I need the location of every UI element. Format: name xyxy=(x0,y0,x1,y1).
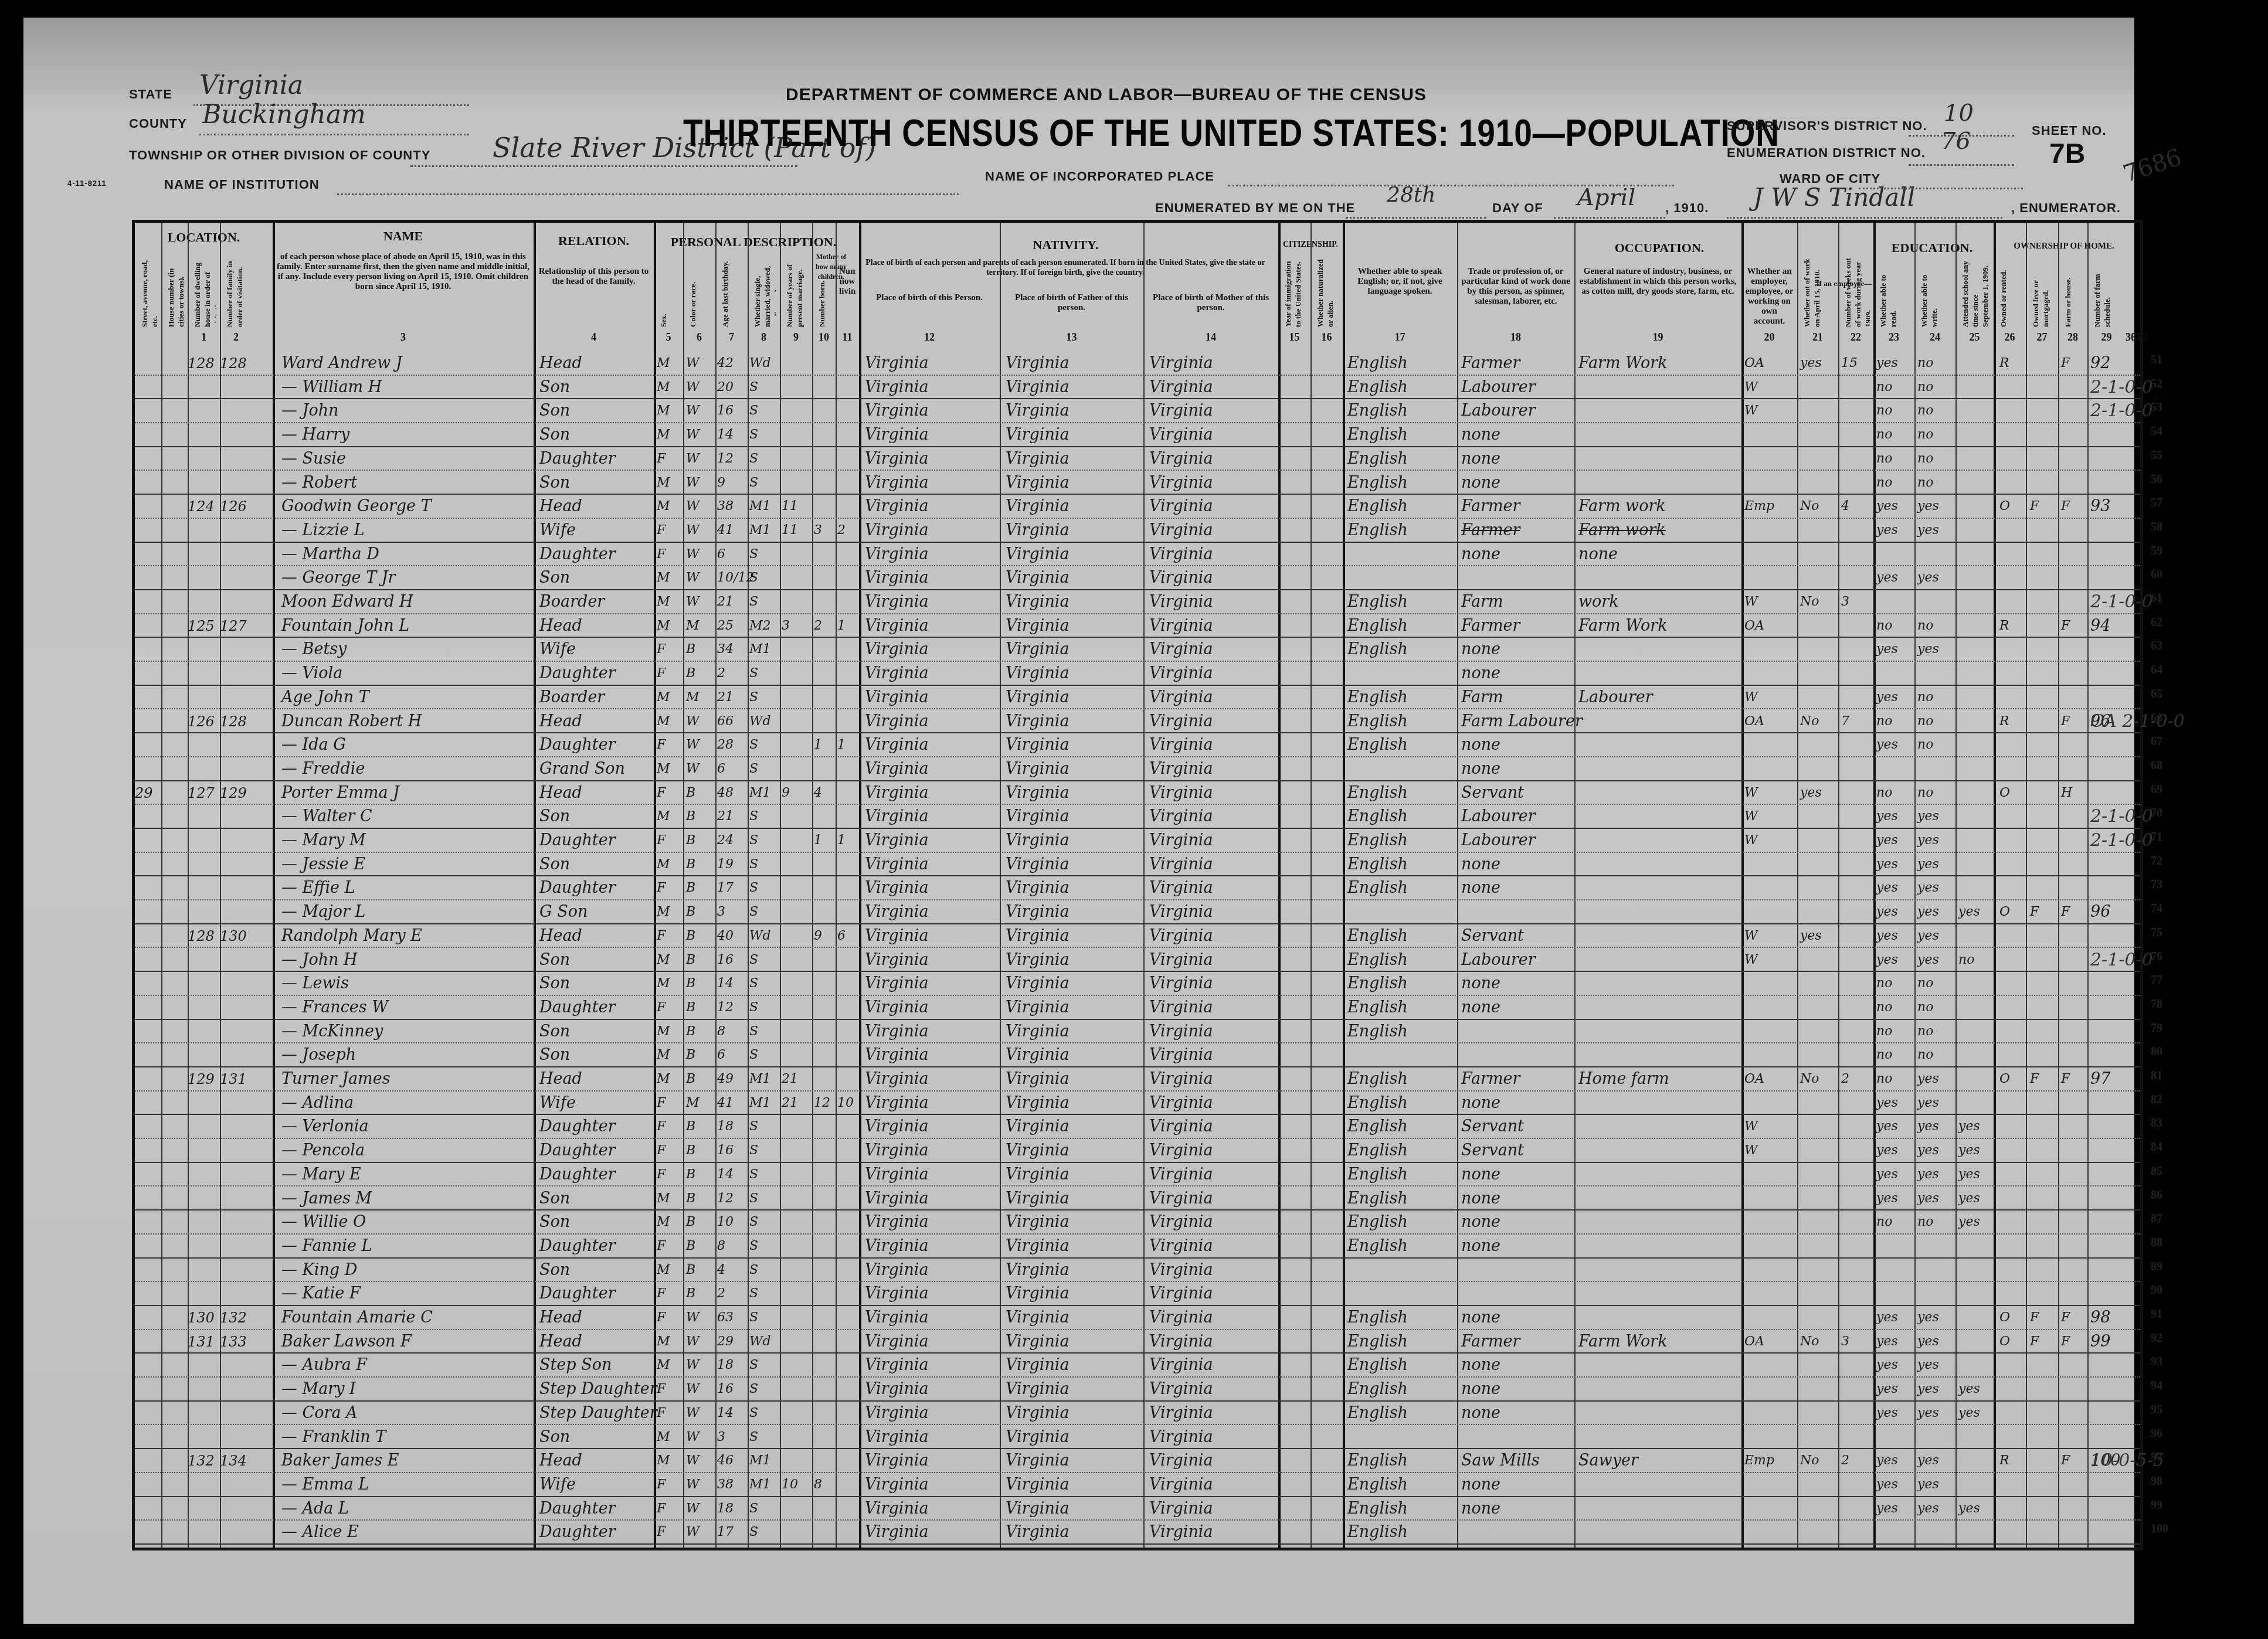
cell-rel: Daughter xyxy=(539,1233,616,1257)
cell-mpb: Virginia xyxy=(1149,732,1213,756)
cell-write: no xyxy=(1917,1019,1933,1042)
cell-mpb: Virginia xyxy=(1149,756,1213,780)
cell-ms: Wd xyxy=(749,1329,771,1352)
cell-trade: Farmer xyxy=(1461,1329,1520,1352)
cell-ms: S xyxy=(749,565,758,589)
punch-hole xyxy=(2199,317,2216,334)
table-row: — James MSonMB12SVirginiaVirginiaVirgini… xyxy=(135,1186,2140,1211)
cell-read: no xyxy=(1876,1209,1892,1233)
cell-fam: 130 xyxy=(220,923,247,947)
cell-trade: none xyxy=(1461,637,1500,660)
line-number: 74 xyxy=(2151,902,2162,916)
cell-name: Fountain Amarie C xyxy=(281,1305,433,1328)
cell-sex: M xyxy=(657,756,670,780)
cell-sched: 97 xyxy=(2090,1066,2110,1090)
cell-emp: Emp xyxy=(1744,1448,1774,1471)
cell-pb: Virginia xyxy=(865,899,929,923)
cell-mpb: Virginia xyxy=(1149,1186,1213,1209)
cell-read: yes xyxy=(1876,494,1898,517)
cell-read: no xyxy=(1876,971,1892,994)
cell-rel: Head xyxy=(539,1329,582,1352)
cell-race: W xyxy=(686,756,700,780)
enumeration-label: ENUMERATION DISTRICT NO. xyxy=(1727,145,1926,161)
cell-ms: S xyxy=(749,589,758,613)
cell-mpb: Virginia xyxy=(1149,518,1213,541)
cell-age: 18 xyxy=(717,1496,734,1519)
cell-write: yes xyxy=(1917,1496,1939,1519)
cell-sex: M xyxy=(657,1424,670,1448)
cell-sched: 94 xyxy=(2090,613,2110,637)
cell-name: — Martha D xyxy=(281,542,379,565)
cell-trade: Servant xyxy=(1461,1114,1524,1137)
cell-race: W xyxy=(686,375,700,398)
cell-farm: F xyxy=(2061,1305,2070,1328)
state-value: Virginia xyxy=(199,70,303,100)
year-label: , 1910. xyxy=(1665,200,1709,216)
cell-fpb: Virginia xyxy=(1006,613,1070,637)
cell-ind: Sawyer xyxy=(1578,1448,1638,1471)
cell-fpb: Virginia xyxy=(1006,1162,1070,1185)
cell-read: no xyxy=(1876,375,1892,398)
table-row: — HarrySonMW14SVirginiaVirginiaVirginiaE… xyxy=(135,422,2140,447)
cell-name: — Frances W xyxy=(281,995,388,1018)
cell-fpb: Virginia xyxy=(1006,995,1070,1018)
cell-write: yes xyxy=(1917,1329,1939,1352)
line-number: 94 xyxy=(2151,1379,2162,1393)
cell-trade: Farmer xyxy=(1461,518,1520,541)
cell-sex: M xyxy=(657,470,670,494)
cell-sch: yes xyxy=(1958,1376,1980,1400)
cell-name: — Jessie E xyxy=(281,852,365,875)
line-number: 73 xyxy=(2151,878,2162,892)
cell-ms: S xyxy=(749,995,758,1018)
cell-mpb: Virginia xyxy=(1149,1257,1213,1281)
cell-ms: S xyxy=(749,732,758,756)
cell-rel: Wife xyxy=(539,637,576,660)
cell-name: — Katie F xyxy=(281,1281,361,1304)
cell-fpb: Virginia xyxy=(1006,351,1070,374)
column-header: Number now living. xyxy=(839,267,855,331)
cell-eng: English xyxy=(1347,828,1408,851)
cell-read: yes xyxy=(1876,565,1898,589)
cell-rel: Daughter xyxy=(539,1281,616,1304)
cell-name: — King D xyxy=(281,1257,357,1281)
cell-trade: Labourer xyxy=(1461,804,1536,827)
cell-rel: Head xyxy=(539,923,582,947)
cell-born: 12 xyxy=(814,1090,830,1114)
cell-write: no xyxy=(1917,780,1933,804)
cell-rel: Boarder xyxy=(539,589,605,613)
cell-tally: 2-1-0-0 xyxy=(2090,589,2153,613)
cell-ms: Wd xyxy=(749,709,771,732)
cell-write: yes xyxy=(1917,1448,1939,1471)
cell-sex: M xyxy=(657,422,670,446)
cell-name: — Freddie xyxy=(281,756,365,780)
cell-rel: Son xyxy=(539,1019,570,1042)
cell-ms: S xyxy=(749,446,758,470)
cell-age: 6 xyxy=(717,1042,725,1066)
cell-eng: English xyxy=(1347,613,1408,637)
cell-pb: Virginia xyxy=(865,1233,929,1257)
county-label: COUNTY xyxy=(129,116,187,131)
cell-dw: 126 xyxy=(188,709,215,732)
column-header: Relationship of this person to the head … xyxy=(537,267,650,331)
cell-race: B xyxy=(686,1186,695,1209)
cell-rel: G Son xyxy=(539,899,588,923)
cell-fpb: Virginia xyxy=(1006,1066,1070,1090)
cell-fpb: Virginia xyxy=(1006,470,1070,494)
cell-sex: F xyxy=(657,1400,666,1424)
cell-pb: Virginia xyxy=(865,1114,929,1137)
supervisor-label: SUPERVISOR'S DISTRICT NO. xyxy=(1727,118,1927,134)
cell-sex: F xyxy=(657,1138,666,1161)
cell-oow: No xyxy=(1800,589,1819,613)
table-row: — Ida GDaughterFW28S11VirginiaVirginiaVi… xyxy=(135,732,2140,757)
cell-wks: 3 xyxy=(1841,589,1849,613)
cell-read: no xyxy=(1876,709,1892,732)
table-row: — LewisSonMB14SVirginiaVirginiaVirginiaE… xyxy=(135,971,2140,996)
cell-age: 42 xyxy=(717,351,734,374)
enumerator-line xyxy=(1727,217,2002,219)
column-number: 17 xyxy=(1343,331,1457,344)
cell-rel: Son xyxy=(539,375,570,398)
cell-ms: S xyxy=(749,422,758,446)
cell-rel: Step Daughter xyxy=(539,1400,657,1424)
column-number: 5 xyxy=(654,331,683,344)
cell-name: — Cora A xyxy=(281,1400,358,1424)
line-number: 79 xyxy=(2151,1022,2162,1035)
cell-name: — Harry xyxy=(281,422,349,446)
line-number: 87 xyxy=(2151,1212,2162,1226)
table-row: — PencolaDaughterFB16SVirginiaVirginiaVi… xyxy=(135,1138,2140,1163)
cell-mpb: Virginia xyxy=(1149,565,1213,589)
cell-fam: 126 xyxy=(220,494,247,517)
cell-pb: Virginia xyxy=(865,995,929,1018)
table-row: — Walter CSonMB21SVirginiaVirginiaVirgin… xyxy=(135,804,2140,829)
cell-born: 9 xyxy=(814,923,822,947)
column-header: Whether out of work on April 15, 1910. xyxy=(1802,258,1835,327)
cell-age: 17 xyxy=(717,1519,734,1543)
cell-age: 18 xyxy=(717,1352,734,1376)
cell-age: 12 xyxy=(717,995,734,1018)
cell-trade: none xyxy=(1461,1472,1500,1495)
cell-read: yes xyxy=(1876,1400,1898,1424)
cell-name: — John H xyxy=(281,947,358,971)
cell-dw: 128 xyxy=(188,923,215,947)
line-number: 86 xyxy=(2151,1189,2162,1202)
cell-dw: 129 xyxy=(188,1066,215,1090)
department-heading: DEPARTMENT OF COMMERCE AND LABOR—BUREAU … xyxy=(786,85,1427,105)
cell-rel: Head xyxy=(539,1066,582,1090)
cell-farm: F xyxy=(2061,613,2070,637)
nativity-note: Place of birth of each person and parent… xyxy=(857,258,1274,278)
cell-write: yes xyxy=(1917,637,1939,660)
line-number: 68 xyxy=(2151,759,2162,773)
cell-mpb: Virginia xyxy=(1149,375,1213,398)
cell-rel: Son xyxy=(539,470,570,494)
cell-sex: M xyxy=(657,804,670,827)
cell-trade: Farmer xyxy=(1461,1066,1520,1090)
cell-race: W xyxy=(686,542,700,565)
cell-rel: Head xyxy=(539,1305,582,1328)
cell-name: — Walter C xyxy=(281,804,372,827)
cell-ind: work xyxy=(1578,589,1619,613)
cell-sex: M xyxy=(657,1329,670,1352)
cell-ind: Farm Work xyxy=(1578,1329,1668,1352)
line-number: 90 xyxy=(2151,1284,2162,1297)
cell-rel: Head xyxy=(539,351,582,374)
sheet-number: 7B xyxy=(2049,138,2085,170)
line-number: 93 xyxy=(2151,1355,2162,1369)
table-row: 132134Baker James EHeadMW46M1VirginiaVir… xyxy=(135,1448,2140,1473)
cell-age: 38 xyxy=(717,494,734,517)
cell-sex: M xyxy=(657,375,670,398)
cell-ind: Farm Work xyxy=(1578,351,1668,374)
enumeration-line xyxy=(1909,164,2014,166)
cell-fpb: Virginia xyxy=(1006,494,1070,517)
cell-emp: Emp xyxy=(1744,494,1774,517)
cell-sex: F xyxy=(657,446,666,470)
line-number: 63 xyxy=(2151,640,2162,653)
cell-read: yes xyxy=(1876,1186,1898,1209)
table-row: — Mary EDaughterFB14SVirginiaVirginiaVir… xyxy=(135,1162,2140,1187)
cell-ind: Labourer xyxy=(1578,685,1653,708)
cell-age: 16 xyxy=(717,1138,734,1161)
cell-mpb: Virginia xyxy=(1149,875,1213,899)
cell-age: 6 xyxy=(717,756,725,780)
cell-read: yes xyxy=(1876,1496,1898,1519)
cell-ms: S xyxy=(749,661,758,684)
cell-name: — Aubra F xyxy=(281,1352,367,1376)
column-number: 20 xyxy=(1741,331,1797,344)
cell-pb: Virginia xyxy=(865,852,929,875)
cell-trade: none xyxy=(1461,1400,1500,1424)
cell-fpb: Virginia xyxy=(1006,1233,1070,1257)
table-row: — Willie OSonMB10SVirginiaVirginiaVirgin… xyxy=(135,1209,2140,1235)
column-header: Number of farm schedule. xyxy=(2092,258,2122,327)
cell-sex: F xyxy=(657,995,666,1018)
cell-trade: none xyxy=(1461,422,1500,446)
cell-rel: Son xyxy=(539,947,570,971)
cell-emp: W xyxy=(1744,589,1758,613)
cell-read: no xyxy=(1876,446,1892,470)
cell-own: O xyxy=(1999,1329,2010,1352)
cell-race: W xyxy=(686,518,700,541)
cell-age: 21 xyxy=(717,685,734,708)
table-row: — Ada LDaughterFW18SVirginiaVirginiaVirg… xyxy=(135,1496,2140,1521)
cell-mpb: Virginia xyxy=(1149,1305,1213,1328)
table-row: Age John TBoarderMM21SVirginiaVirginiaVi… xyxy=(135,685,2140,710)
table-row: 130132Fountain Amarie CHeadFW63SVirginia… xyxy=(135,1305,2140,1330)
table-row: — Jessie ESonMB19SVirginiaVirginiaVirgin… xyxy=(135,852,2140,877)
cell-emp: W xyxy=(1744,398,1758,421)
cell-age: 2 xyxy=(717,1281,725,1304)
cell-write: yes xyxy=(1917,1066,1939,1090)
line-number: 60 xyxy=(2151,568,2162,582)
cell-born: 2 xyxy=(814,613,822,637)
line-number: 88 xyxy=(2151,1236,2162,1250)
cell-age: 3 xyxy=(717,899,725,923)
table-row: — McKinneySonMB8SVirginiaVirginiaVirgini… xyxy=(135,1019,2140,1044)
column-header: Color or race. xyxy=(688,258,712,327)
cell-rel: Grand Son xyxy=(539,756,625,780)
cell-write: yes xyxy=(1917,828,1939,851)
cell-rel: Son xyxy=(539,1186,570,1209)
cell-eng: English xyxy=(1347,1305,1408,1328)
cell-sch: yes xyxy=(1958,1186,1980,1209)
cell-age: 14 xyxy=(717,1400,734,1424)
section-education: EDUCATION. xyxy=(1870,240,1994,256)
cell-name: — Alice E xyxy=(281,1519,359,1543)
cell-mpb: Virginia xyxy=(1149,1496,1213,1519)
cell-ms: M2 xyxy=(749,613,771,637)
table-row: — Major LG SonMB3SVirginiaVirginiaVirgin… xyxy=(135,899,2140,924)
cell-mpb: Virginia xyxy=(1149,804,1213,827)
cell-ms: M1 xyxy=(749,637,771,660)
cell-emp: W xyxy=(1744,685,1758,708)
cell-mpb: Virginia xyxy=(1149,1138,1213,1161)
cell-eng: English xyxy=(1347,1233,1408,1257)
cell-rel: Son xyxy=(539,1042,570,1066)
cell-write: no xyxy=(1917,398,1933,421)
column-header: House number (in cities or towns). xyxy=(166,258,184,327)
cell-pb: Virginia xyxy=(865,875,929,899)
cell-sex: F xyxy=(657,1496,666,1519)
cell-eng: English xyxy=(1347,1400,1408,1424)
column-number: 9 xyxy=(780,331,812,344)
cell-write: no xyxy=(1917,422,1933,446)
cell-trade: Labourer xyxy=(1461,828,1536,851)
cell-name: — Fannie L xyxy=(281,1233,372,1257)
cell-rel: Daughter xyxy=(539,1162,616,1185)
cell-race: W xyxy=(686,1329,700,1352)
cell-fpb: Virginia xyxy=(1006,923,1070,947)
cell-trade: Farm Labourer xyxy=(1461,709,1583,732)
cell-age: 18 xyxy=(717,1114,734,1137)
census-title: THIRTEENTH CENSUS OF THE UNITED STATES: … xyxy=(683,111,1780,155)
cell-read: no xyxy=(1876,1019,1892,1042)
cell-fpb: Virginia xyxy=(1006,1519,1070,1543)
cell-born: 3 xyxy=(814,518,822,541)
cell-ms: M1 xyxy=(749,494,771,517)
cell-age: 41 xyxy=(717,518,734,541)
cell-dw: 131 xyxy=(188,1329,215,1352)
cell-mpb: Virginia xyxy=(1149,1352,1213,1376)
cell-read: yes xyxy=(1876,732,1898,756)
column-number: 8 xyxy=(748,331,780,344)
cell-ms: S xyxy=(749,828,758,851)
cell-fpb: Virginia xyxy=(1006,661,1070,684)
table-row: — JosephSonMB6SVirginiaVirginiaVirginian… xyxy=(135,1042,2140,1067)
cell-sex: F xyxy=(657,661,666,684)
cell-sch: yes xyxy=(1958,1114,1980,1137)
cell-age: 2 xyxy=(717,661,725,684)
enumeration-district: 76 xyxy=(1941,128,1971,155)
line-number: 82 xyxy=(2151,1093,2162,1107)
cell-write: yes xyxy=(1917,565,1939,589)
cell-age: 38 xyxy=(717,1472,734,1495)
column-header: Whether naturalized or alien. xyxy=(1315,258,1339,327)
column-number: 29 xyxy=(2087,331,2126,344)
cell-race: M xyxy=(686,613,700,637)
table-row: — Effie LDaughterFB17SVirginiaVirginiaVi… xyxy=(135,875,2140,900)
cell-trade: none xyxy=(1461,470,1500,494)
column-number: 26 xyxy=(1994,331,2026,344)
cell-race: W xyxy=(686,1519,700,1543)
line-number: 71 xyxy=(2151,831,2162,844)
cell-ms: S xyxy=(749,398,758,421)
cell-sex: M xyxy=(657,1209,670,1233)
cell-own: O xyxy=(1999,494,2010,517)
line-number: 64 xyxy=(2151,664,2162,677)
cell-name: Ward Andrew J xyxy=(281,351,402,374)
cell-name: — Verlonia xyxy=(281,1114,369,1137)
section-relation: RELATION. xyxy=(534,233,654,249)
cell-age: 25 xyxy=(717,613,734,637)
column-number: 27 xyxy=(2026,331,2058,344)
cell-ms: S xyxy=(749,1162,758,1185)
column-header: Number of dwelling house in order of vis… xyxy=(192,258,216,327)
cell-dw: 130 xyxy=(188,1305,215,1328)
cell-ms: S xyxy=(749,852,758,875)
table-row: — JohnSonMW16SVirginiaVirginiaVirginiaEn… xyxy=(135,398,2140,423)
cell-trade: none xyxy=(1461,661,1500,684)
cell-oow: yes xyxy=(1800,780,1822,804)
line-number: 70 xyxy=(2151,807,2162,820)
cell-write: yes xyxy=(1917,1305,1939,1328)
cell-fpb: Virginia xyxy=(1006,947,1070,971)
cell-farm: H xyxy=(2061,780,2072,804)
cell-trade: none xyxy=(1461,1162,1500,1185)
cell-race: M xyxy=(686,1090,700,1114)
cell-read: yes xyxy=(1876,1114,1898,1137)
cell-trade: Farm xyxy=(1461,685,1503,708)
cell-pb: Virginia xyxy=(865,1162,929,1185)
day-of-label: DAY OF xyxy=(1492,200,1543,216)
line-number: 76 xyxy=(2151,950,2162,964)
cell-race: B xyxy=(686,852,695,875)
cell-fpb: Virginia xyxy=(1006,1448,1070,1471)
cell-read: no xyxy=(1876,398,1892,421)
cell-trade: none xyxy=(1461,1352,1500,1376)
enumerated-day: 28th xyxy=(1387,183,1435,207)
cell-race: B xyxy=(686,1138,695,1161)
cell-name: Goodwin George T xyxy=(281,494,432,517)
cell-write: no xyxy=(1917,351,1933,374)
cell-fam: 131 xyxy=(220,1066,247,1090)
line-number: 85 xyxy=(2151,1165,2162,1178)
cell-mpb: Virginia xyxy=(1149,899,1213,923)
cell-read: yes xyxy=(1876,1448,1898,1471)
cell-oow: No xyxy=(1800,709,1819,732)
cell-pb: Virginia xyxy=(865,565,929,589)
cell-race: B xyxy=(686,1233,695,1257)
column-header: Whether able to speak English; or, if no… xyxy=(1346,267,1454,331)
cell-read: no xyxy=(1876,422,1892,446)
cell-rel: Daughter xyxy=(539,542,616,565)
cell-trade: none xyxy=(1461,1090,1500,1114)
table-row: — George T JrSonMW10/12SVirginiaVirginia… xyxy=(135,565,2140,590)
column-number: 19 xyxy=(1574,331,1741,344)
cell-name: — Lizzie L xyxy=(281,518,365,541)
cell-trade: Servant xyxy=(1461,923,1524,947)
cell-mpb: Virginia xyxy=(1149,1448,1213,1471)
cell-pb: Virginia xyxy=(865,828,929,851)
cell-pb: Virginia xyxy=(865,1186,929,1209)
table-row: — Alice EDaughterFW17SVirginiaVirginiaVi… xyxy=(135,1519,2140,1545)
cell-tally: 2-1-0-0 xyxy=(2090,947,2153,971)
cell-pb: Virginia xyxy=(865,661,929,684)
